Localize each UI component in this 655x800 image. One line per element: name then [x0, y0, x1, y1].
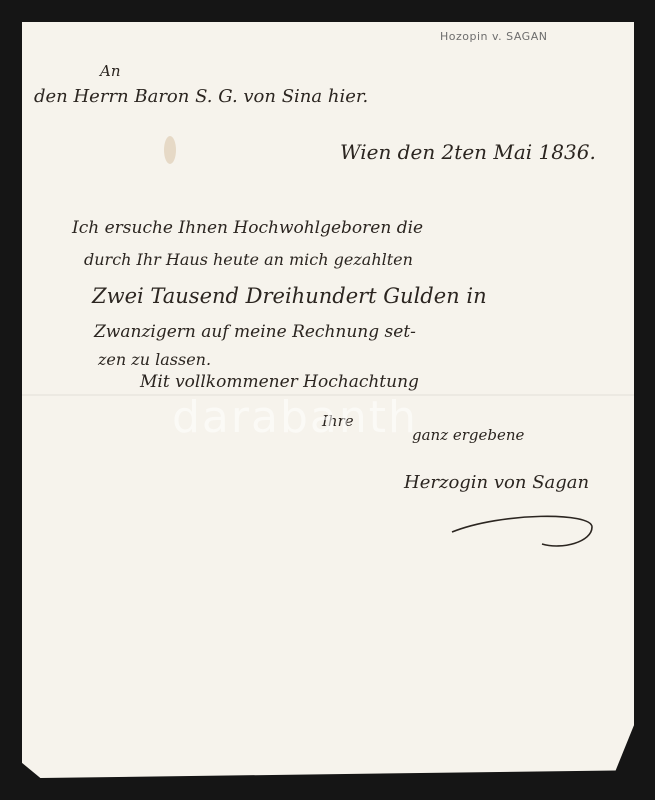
- body-line: Zwei Tausend Dreihundert Gulden in: [92, 284, 487, 308]
- body-line: Ich ersuche Ihnen Hochwohlgeboren die: [72, 218, 423, 238]
- letter-paper: Hozopin v. SAGAN An den Herrn Baron S. G…: [22, 22, 634, 778]
- signature: Herzogin von Sagan: [404, 472, 589, 493]
- paper-stain: [164, 136, 176, 164]
- body-line: Zwanzigern auf meine Rechnung set-: [94, 322, 416, 342]
- date-line: Wien den 2ten Mai 1836.: [340, 140, 596, 164]
- body-line: durch Ihr Haus heute an mich gezahlten: [84, 250, 413, 269]
- signature-flourish: [442, 492, 622, 552]
- body-line: zen zu lassen.: [98, 350, 211, 369]
- closing-3: ganz ergebene: [412, 426, 524, 444]
- closing: Mit vollkommener Hochachtung: [140, 372, 419, 392]
- addressee: den Herrn Baron S. G. von Sina hier.: [34, 86, 368, 107]
- watermark: darabanth: [172, 392, 418, 443]
- salutation: An: [100, 62, 121, 80]
- pencil-note: Hozopin v. SAGAN: [440, 30, 547, 43]
